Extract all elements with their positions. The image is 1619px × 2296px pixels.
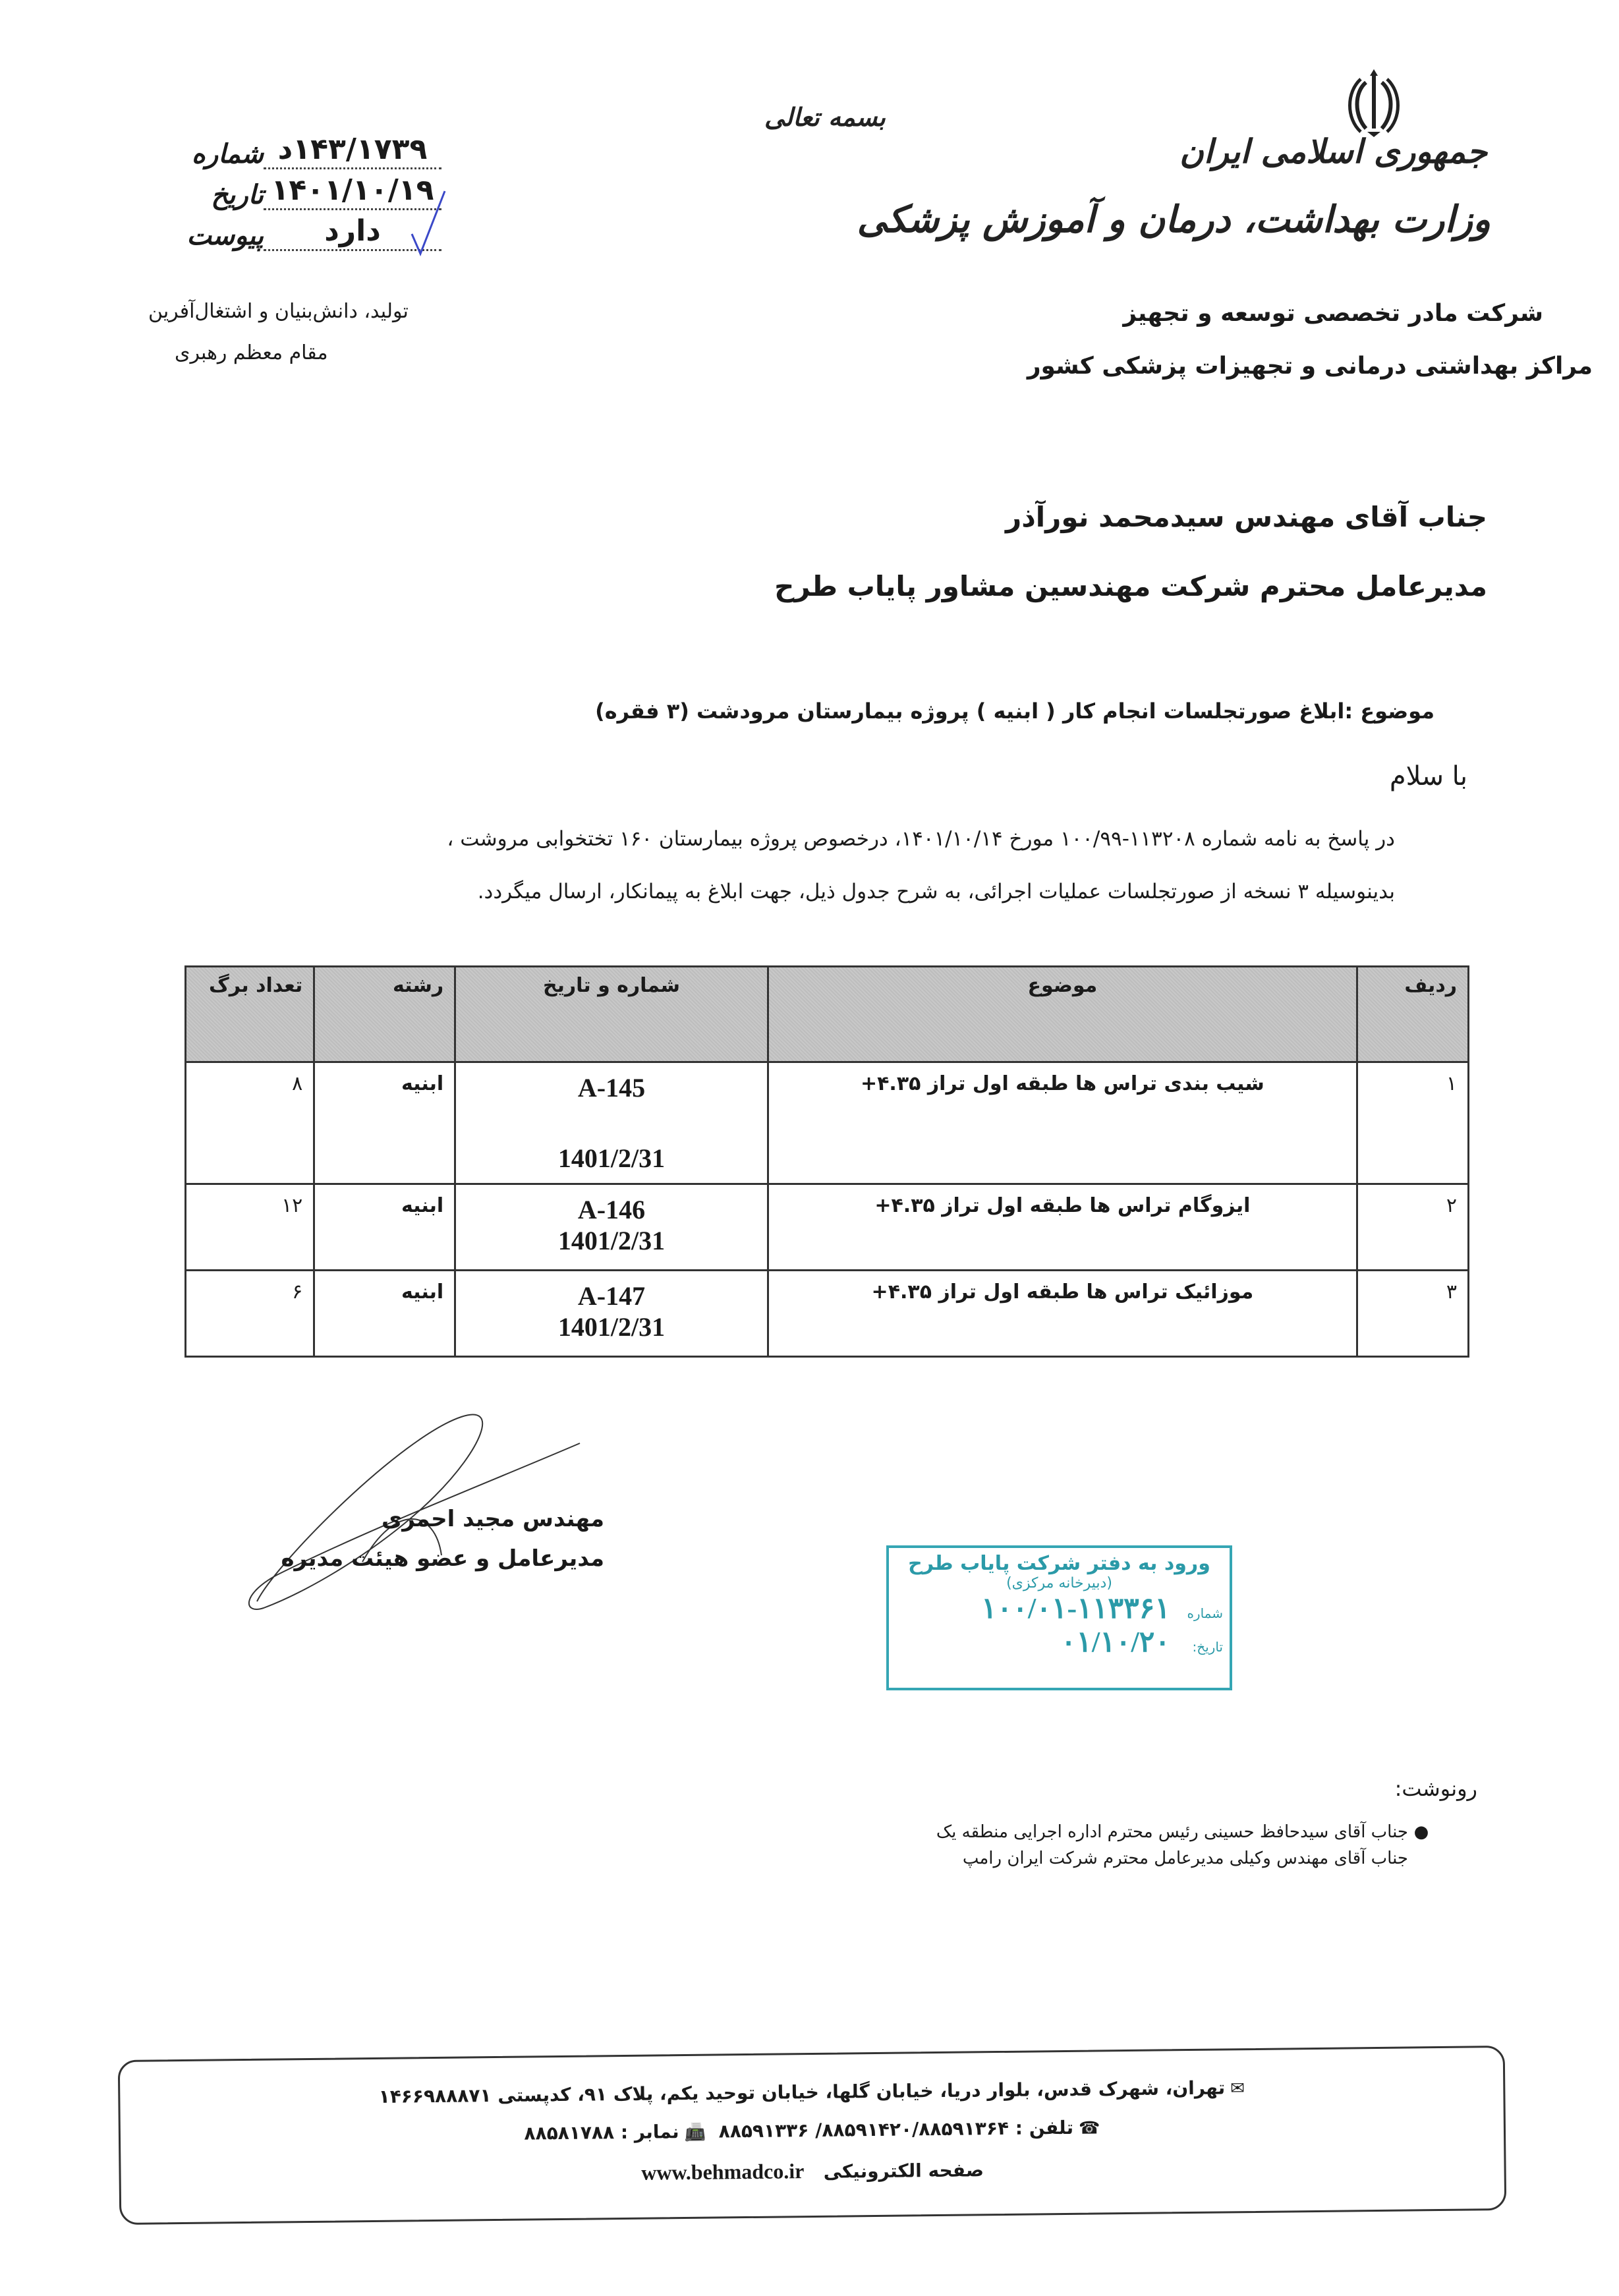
header-number-date: شماره و تاریخ bbox=[455, 967, 768, 1062]
cell-subject: ایزوگام تراس ها طبقه اول تراز ۴.۳۵+ bbox=[768, 1184, 1357, 1271]
cell-field: ابنیه bbox=[314, 1184, 455, 1271]
header-field: رشته bbox=[314, 967, 455, 1062]
letterhead-footer: ✉تهران، شهرک قدس، بلوار دریا، خیابان گله… bbox=[118, 2046, 1507, 2225]
slogan-line1: تولید، دانش‌بنیان و اشتغال‌آفرین bbox=[148, 300, 409, 323]
letter-subject: موضوع :ابلاغ صورتجلسات انجام کار ( ابنیه… bbox=[595, 699, 1434, 724]
signer-name: مهندس مجید احمری bbox=[382, 1506, 604, 1532]
letter-number-row: شماره ۱۴۳/۱۷۳۹د bbox=[191, 129, 441, 169]
republic-title: جمهوری اسلامی ایران bbox=[1179, 132, 1487, 171]
letter-attachment-label: پیوست bbox=[191, 220, 264, 251]
body-line2: بدینوسیله ۳ نسخه از صورتجلسات عملیات اجر… bbox=[77, 880, 1395, 904]
cell-number-date: A-147 1401/2/31 bbox=[455, 1271, 768, 1357]
footer-address: ✉تهران، شهرک قدس، بلوار دریا، خیابان گله… bbox=[120, 2074, 1503, 2110]
cell-row-number: ۲ bbox=[1357, 1184, 1468, 1271]
cell-number: A-147 bbox=[467, 1280, 756, 1311]
stamp-date-value: ۰۱/۱۰/۲۰ bbox=[1061, 1625, 1170, 1659]
stamp-number-value: ۱۰۰/۰۱-۱۱۳۳۶۱ bbox=[981, 1592, 1170, 1625]
cell-date: 1401/2/31 bbox=[467, 1143, 756, 1174]
receipt-stamp: ورود به دفتر شرکت پایاب طرح (دبیرخانه مر… bbox=[886, 1545, 1232, 1690]
company-name-line1: شرکت مادر تخصصی توسعه و تجهیز bbox=[1123, 300, 1543, 327]
ministry-title: وزارت بهداشت، درمان و آموزش پزشکی bbox=[857, 198, 1491, 241]
cell-row-number: ۱ bbox=[1357, 1062, 1468, 1184]
cell-date: 1401/2/31 bbox=[467, 1225, 756, 1256]
letter-attachment-row: پیوست دارد bbox=[191, 210, 441, 251]
table-row: ۱ شیب بندی تراس ها طبقه اول تراز ۴.۳۵+ A… bbox=[186, 1062, 1469, 1184]
iran-emblem-icon bbox=[1348, 66, 1400, 138]
footer-address-text: تهران، شهرک قدس، بلوار دریا، خیابان گلها… bbox=[378, 2077, 1225, 2107]
telephone-icon: ☎ bbox=[1079, 2118, 1100, 2138]
cc-item-text: جناب آقای مهندس وکیلی مدیرعامل محترم شرک… bbox=[963, 1849, 1408, 1868]
website-link[interactable]: www.behmadco.ir bbox=[641, 2159, 804, 2185]
phone-label: تلفن : bbox=[1015, 2117, 1074, 2139]
cell-row-number: ۳ bbox=[1357, 1271, 1468, 1357]
envelope-icon: ✉ bbox=[1230, 2079, 1245, 2098]
minutes-table: ردیف موضوع شماره و تاریخ رشته تعداد برگ … bbox=[185, 965, 1469, 1358]
cell-subject: شیب بندی تراس ها طبقه اول تراز ۴.۳۵+ bbox=[768, 1062, 1357, 1184]
cell-number: A-146 bbox=[467, 1194, 756, 1225]
stamp-subtitle: (دبیرخانه مرکزی) bbox=[895, 1575, 1223, 1592]
footer-website: صفحه الکترونیکی www.behmadco.ir bbox=[121, 2152, 1504, 2191]
cc-title: رونوشت: bbox=[1395, 1776, 1477, 1801]
cell-number-date: A-146 1401/2/31 bbox=[455, 1184, 768, 1271]
fax-label: نمابر : bbox=[621, 2121, 679, 2143]
cc-list: ● جناب آقای سیدحافظ حسینی رئیس محترم ادا… bbox=[710, 1822, 1434, 1875]
signer-title: مدیرعامل و عضو هیئت مدیره bbox=[281, 1545, 604, 1572]
bismillah: بسمه تعالی bbox=[764, 102, 886, 132]
header-page-count: تعداد برگ bbox=[186, 967, 314, 1062]
phone-value: ۸۸۵۹۱۴۲۰/۸۸۵۹۱۳۶۴/ ۸۸۵۹۱۳۳۶ bbox=[719, 2117, 1009, 2142]
company-name-line2: مراکز بهداشتی درمانی و تجهیزات پزشکی کشو… bbox=[1027, 353, 1593, 380]
letter-meta: شماره ۱۴۳/۱۷۳۹د تاریخ ۱۴۰۱/۱۰/۱۹ پیوست د… bbox=[191, 129, 441, 251]
cell-page-count: ۸ bbox=[186, 1062, 314, 1184]
greeting: با سلام bbox=[1390, 761, 1467, 791]
recipient-name: جناب آقای مهندس سیدمحمد نورآذر bbox=[1006, 501, 1487, 533]
website-label: صفحه الکترونیکی bbox=[823, 2159, 984, 2183]
cell-field: ابنیه bbox=[314, 1062, 455, 1184]
table-row: ۲ ایزوگام تراس ها طبقه اول تراز ۴.۳۵+ A-… bbox=[186, 1184, 1469, 1271]
recipient-title: مدیرعامل محترم شرکت مهندسین مشاور پایاب … bbox=[774, 570, 1487, 602]
stamp-title: ورود به دفتر شرکت پایاب طرح bbox=[895, 1552, 1223, 1575]
cc-item: جناب آقای مهندس وکیلی مدیرعامل محترم شرک… bbox=[710, 1849, 1434, 1868]
table-header-row: ردیف موضوع شماره و تاریخ رشته تعداد برگ bbox=[186, 967, 1469, 1062]
letter-number-value: ۱۴۳/۱۷۳۹د bbox=[264, 132, 441, 169]
bullet-icon: ● bbox=[1408, 1822, 1434, 1842]
fax-value: ۸۸۵۸۱۷۸۸ bbox=[524, 2121, 614, 2144]
cell-date: 1401/2/31 bbox=[467, 1311, 756, 1342]
cell-field: ابنیه bbox=[314, 1271, 455, 1357]
body-line1: در پاسخ به نامه شماره ۱۱۳۲۰۸-۱۰۰/۹۹ مورخ… bbox=[77, 827, 1395, 851]
table-row: ۳ موزائیک تراس ها طبقه اول تراز ۴.۳۵+ A-… bbox=[186, 1271, 1469, 1357]
stamp-number-label: شماره bbox=[1177, 1605, 1223, 1621]
stamp-date-label: تاریخ: bbox=[1177, 1639, 1223, 1655]
stamp-date-row: تاریخ: ۰۱/۱۰/۲۰ bbox=[895, 1625, 1223, 1659]
cell-number-date: A-145 1401/2/31 bbox=[455, 1062, 768, 1184]
letter-date-label: تاریخ bbox=[191, 179, 264, 210]
cell-page-count: ۱۲ bbox=[186, 1184, 314, 1271]
cell-number: A-145 bbox=[467, 1072, 756, 1103]
letter-date-row: تاریخ ۱۴۰۱/۱۰/۱۹ bbox=[191, 169, 441, 210]
cc-item-text: جناب آقای سیدحافظ حسینی رئیس محترم اداره… bbox=[936, 1822, 1408, 1842]
fax-icon: 📠 bbox=[684, 2123, 706, 2142]
cell-page-count: ۶ bbox=[186, 1271, 314, 1357]
footer-phone-fax: ☎تلفن : ۸۸۵۹۱۴۲۰/۸۸۵۹۱۳۶۴/ ۸۸۵۹۱۳۳۶ 📠نما… bbox=[121, 2112, 1504, 2148]
header-row-number: ردیف bbox=[1357, 967, 1468, 1062]
header-subject: موضوع bbox=[768, 967, 1357, 1062]
cell-subject: موزائیک تراس ها طبقه اول تراز ۴.۳۵+ bbox=[768, 1271, 1357, 1357]
slogan-attribution: مقام معظم رهبری bbox=[175, 341, 328, 364]
checkmark-icon bbox=[409, 188, 448, 260]
stamp-number-row: شماره ۱۰۰/۰۱-۱۱۳۳۶۱ bbox=[895, 1592, 1223, 1625]
cc-item: ● جناب آقای سیدحافظ حسینی رئیس محترم ادا… bbox=[710, 1822, 1434, 1842]
letter-number-label: شماره bbox=[191, 138, 264, 169]
